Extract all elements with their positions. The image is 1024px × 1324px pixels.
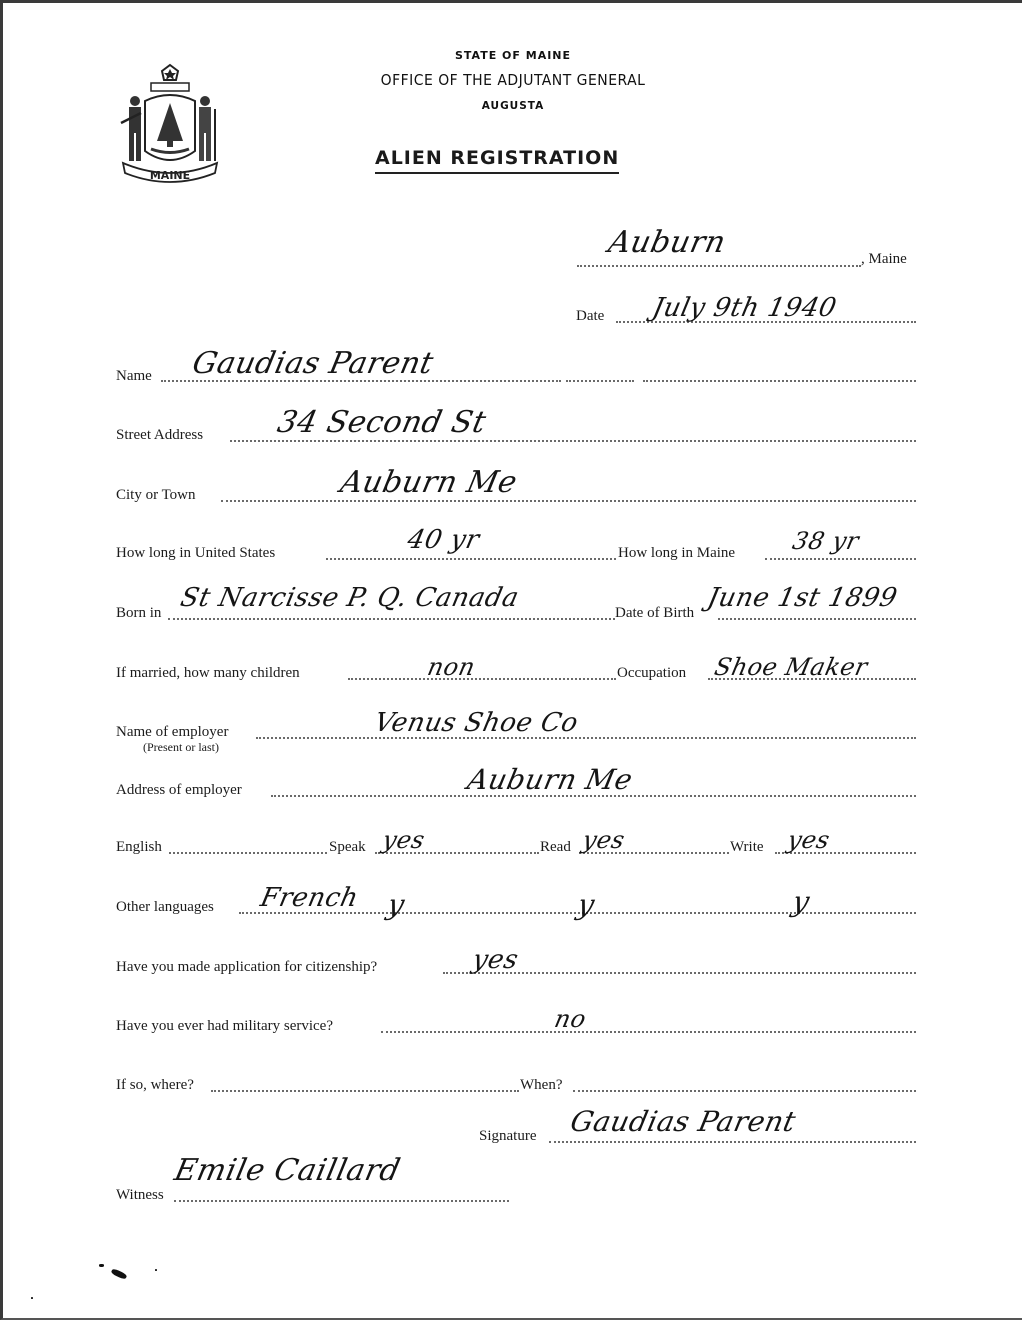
place-value[interactable]: Auburn xyxy=(605,225,729,260)
children-line xyxy=(348,678,616,680)
scan-artifact xyxy=(110,1268,127,1280)
occupation-label: Occupation xyxy=(617,665,686,682)
name-value[interactable]: Gaudias Parent xyxy=(189,346,436,381)
signature-value[interactable]: Gaudias Parent xyxy=(567,1105,798,1138)
occupation-value[interactable]: Shoe Maker xyxy=(712,653,870,681)
city-line xyxy=(221,500,916,502)
svg-text:MAINE: MAINE xyxy=(150,169,190,182)
name-line-2 xyxy=(566,380,634,382)
other-language-read[interactable]: y xyxy=(574,888,597,921)
english-read-value[interactable]: yes xyxy=(580,826,628,854)
alien-registration-form: MAINE STATE OF MAINE OFFICE OF THE ADJUT… xyxy=(0,0,1022,1320)
children-label: If married, how many children xyxy=(116,665,300,682)
military-line xyxy=(381,1031,916,1033)
witness-value[interactable]: Emile Caillard xyxy=(171,1153,403,1188)
english-speak-value[interactable]: yes xyxy=(380,826,428,854)
scan-artifact xyxy=(155,1269,157,1271)
born-in-line xyxy=(168,618,615,620)
maine-duration-line xyxy=(765,558,916,560)
other-languages-label: Other languages xyxy=(116,899,214,916)
header-state: STATE OF MAINE xyxy=(343,49,683,62)
when-line[interactable] xyxy=(573,1090,916,1092)
military-value[interactable]: no xyxy=(552,1005,589,1033)
when-label: When? xyxy=(520,1077,562,1094)
born-in-value[interactable]: St Narcisse P. Q. Canada xyxy=(178,583,522,613)
signature-label: Signature xyxy=(479,1128,537,1145)
name-label: Name xyxy=(116,368,152,385)
born-in-label: Born in xyxy=(116,605,161,622)
us-duration-line xyxy=(326,558,616,560)
witness-line xyxy=(174,1200,509,1202)
us-duration-label: How long in United States xyxy=(116,545,275,562)
english-line xyxy=(169,852,327,854)
place-suffix: , Maine xyxy=(861,251,907,268)
witness-label: Witness xyxy=(116,1187,164,1204)
english-read-label: Read xyxy=(540,839,571,856)
maine-state-seal-icon: MAINE xyxy=(115,61,225,191)
english-write-label: Write xyxy=(730,839,764,856)
other-language-speak[interactable]: y xyxy=(384,888,407,921)
employer-address-label: Address of employer xyxy=(116,782,242,799)
english-speak-label: Speak xyxy=(329,839,366,856)
signature-line xyxy=(549,1141,916,1143)
us-duration-value[interactable]: 40 yr xyxy=(405,525,482,555)
english-write-value[interactable]: yes xyxy=(785,826,833,854)
date-value[interactable]: July 9th 1940 xyxy=(650,293,839,323)
street-label: Street Address xyxy=(116,427,203,444)
employer-name-value[interactable]: Venus Shoe Co xyxy=(372,708,581,738)
where-line[interactable] xyxy=(211,1090,519,1092)
form-title: ALIEN REGISTRATION xyxy=(375,147,619,174)
date-label: Date xyxy=(576,308,604,325)
header-office: OFFICE OF THE ADJUTANT GENERAL xyxy=(343,71,683,89)
street-line xyxy=(230,440,916,442)
maine-duration-value[interactable]: 38 yr xyxy=(790,527,862,555)
english-label: English xyxy=(116,839,162,856)
employer-address-value[interactable]: Auburn Me xyxy=(464,763,635,796)
place-line xyxy=(577,265,861,267)
employer-name-label: Name of employer xyxy=(116,724,228,741)
dob-line xyxy=(718,618,916,620)
header-city: AUGUSTA xyxy=(343,100,683,112)
dob-label: Date of Birth xyxy=(615,605,694,622)
street-value[interactable]: 34 Second St xyxy=(274,405,489,440)
scan-artifact xyxy=(31,1297,33,1299)
military-label: Have you ever had military service? xyxy=(116,1018,333,1035)
city-label: City or Town xyxy=(116,487,196,504)
scan-artifact xyxy=(99,1264,104,1267)
employer-name-line xyxy=(256,737,916,739)
employer-name-sublabel: (Present or last) xyxy=(143,740,219,755)
dob-value[interactable]: June 1st 1899 xyxy=(705,583,900,613)
name-line-3 xyxy=(643,380,916,382)
children-value[interactable]: non xyxy=(425,653,478,681)
where-label: If so, where? xyxy=(116,1077,194,1094)
city-value[interactable]: Auburn Me xyxy=(337,465,520,500)
citizenship-value[interactable]: yes xyxy=(470,945,521,975)
other-language-value[interactable]: French xyxy=(258,883,361,913)
citizenship-label: Have you made application for citizenshi… xyxy=(116,959,377,976)
maine-duration-label: How long in Maine xyxy=(618,545,735,562)
